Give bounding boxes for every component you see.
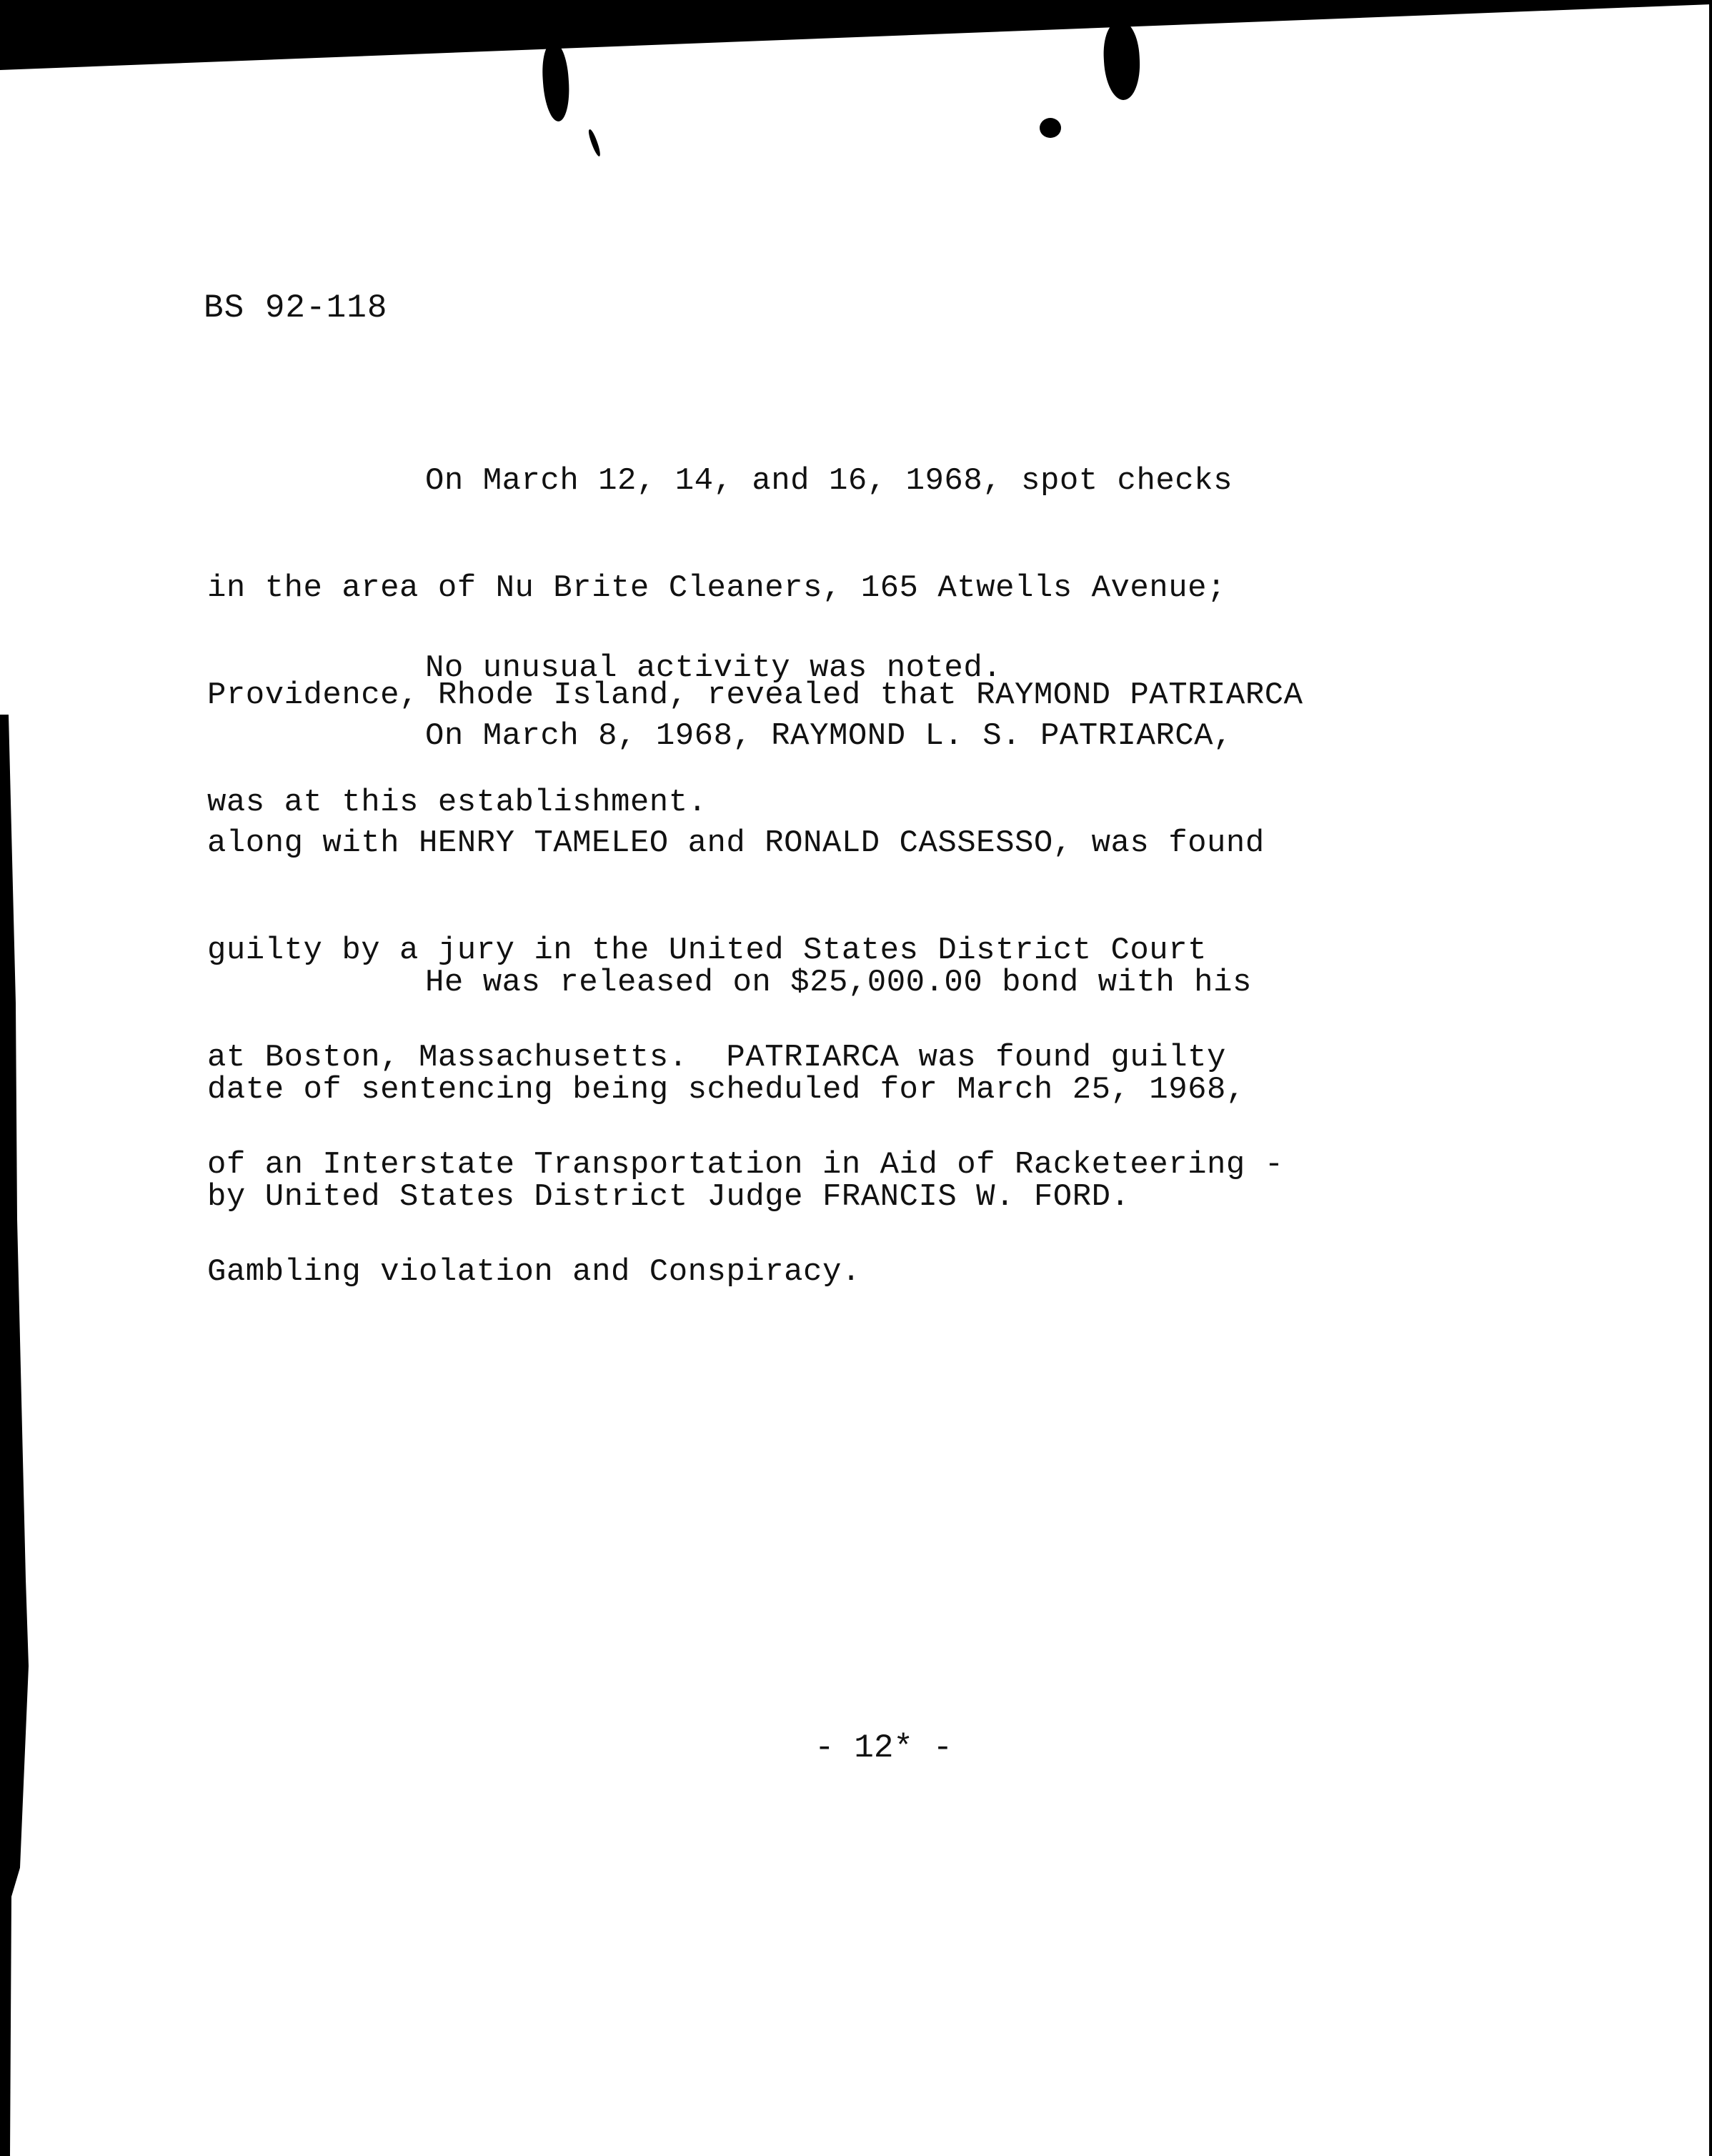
staple-mark	[540, 42, 572, 122]
binding-shadow	[0, 715, 29, 2156]
ink-spot	[587, 129, 602, 157]
text-line: date of sentencing being scheduled for M…	[207, 1072, 1252, 1108]
text-line: by United States District Judge FRANCIS …	[207, 1179, 1252, 1215]
document-page: BS 92-118 On March 12, 14, and 16, 1968,…	[0, 0, 1712, 2156]
staple-mark	[1102, 21, 1142, 101]
text-line: He was released on $25,000.00 bond with …	[207, 965, 1252, 1000]
paragraph-bond: He was released on $25,000.00 bond with …	[207, 893, 1252, 1286]
text-line: On March 8, 1968, RAYMOND L. S. PATRIARC…	[207, 718, 1284, 754]
file-number: BS 92-118	[204, 289, 387, 327]
text-line: along with HENRY TAMELEO and RONALD CASS…	[207, 825, 1284, 861]
scan-top-edge	[0, 0, 1712, 100]
scan-right-edge	[1709, 0, 1712, 2156]
page-number: - 12* -	[815, 1729, 952, 1767]
text-line: On March 12, 14, and 16, 1968, spot chec…	[207, 463, 1303, 499]
ink-spot	[1040, 118, 1061, 138]
